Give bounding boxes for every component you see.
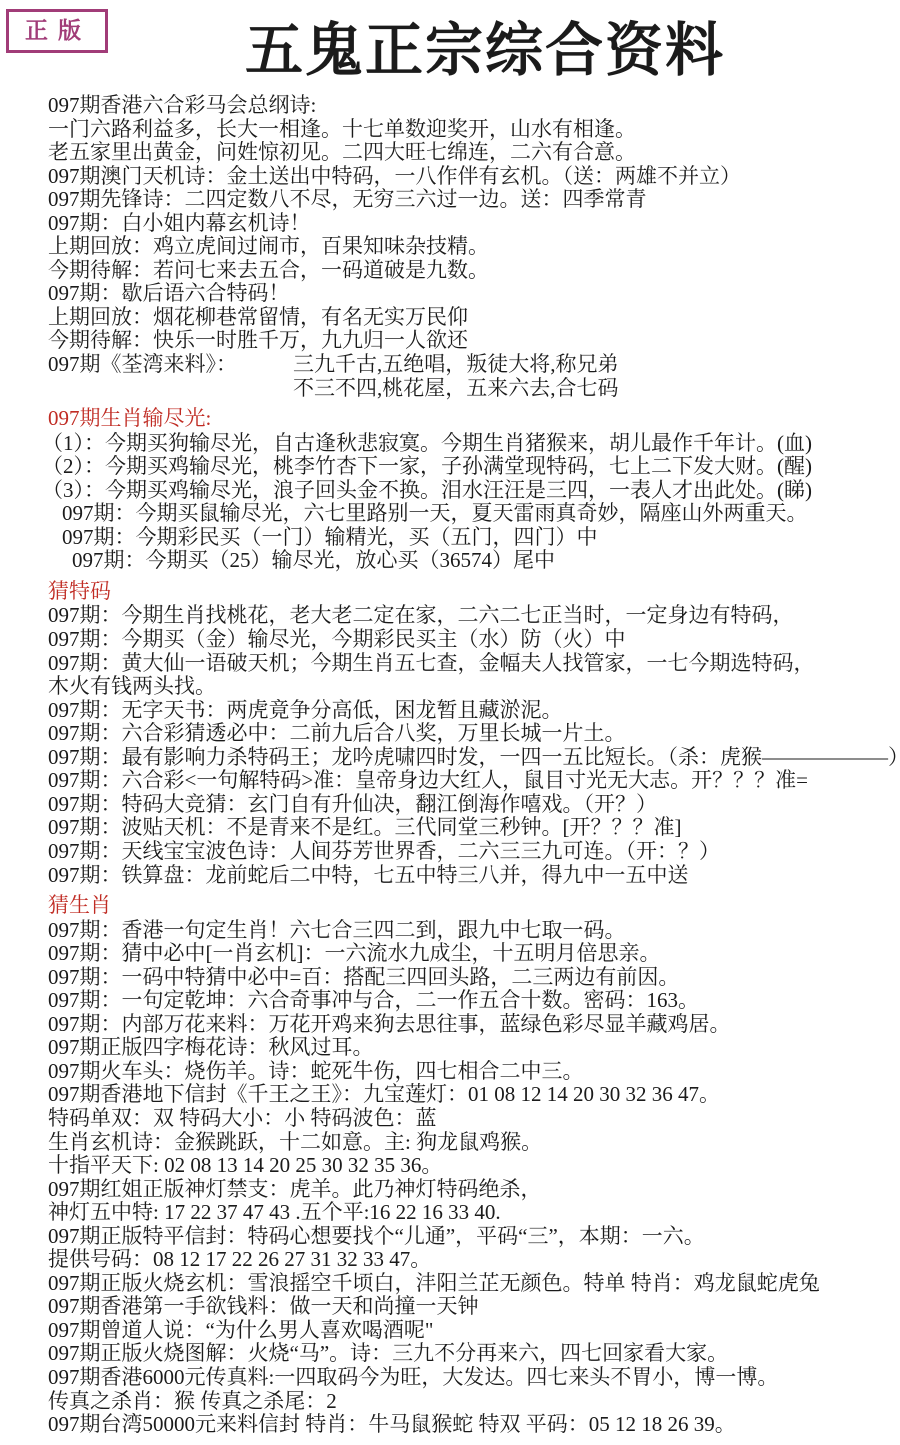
text-line: 097期香港六合彩马会总纲诗: bbox=[48, 94, 896, 118]
text-line: 097期：白小姐内幕玄机诗！ bbox=[48, 212, 896, 236]
text-line: 提供号码：08 12 17 22 26 27 31 32 33 47。 bbox=[48, 1248, 896, 1272]
text-line: 特码单双：双 特码大小：小 特码波色：蓝 bbox=[48, 1107, 896, 1131]
text-line: 097期：特码大竞猜：玄门自有升仙决，翻江倒海作嘻戏。（开？） bbox=[48, 793, 896, 817]
text-line: 097期曾道人说：“为什么男人喜欢喝酒呢" bbox=[48, 1319, 896, 1343]
text-line: 097期台湾50000元来料信封 特肖：牛马鼠猴蛇 特双 平码：05 12 18… bbox=[48, 1413, 896, 1437]
text-line: 097期：无字天书：两虎竟争分高低，困龙暂且藏淤泥。 bbox=[48, 699, 896, 723]
text-line: 097期：今期生肖找桃花，老大老二定在家，二六二七正当时，一定身边有特码， bbox=[48, 604, 896, 628]
text-line: 097期：香港一句定生肖！六七合三四二到，跟九中七取一码。 bbox=[48, 919, 896, 943]
text-line: 097期正版火烧玄机：雪浪摇空千顷白，沣阳兰芷无颜色。特单 特肖：鸡龙鼠蛇虎兔 bbox=[48, 1272, 896, 1296]
text-line: 今期待解：快乐一时胜千万，九九归一人欲还 bbox=[48, 329, 896, 353]
text-line: 三九千古,五绝唱，叛徒大将,称兄弟 bbox=[293, 353, 619, 377]
text-line: 097期：六合彩猜透必中：二前九后合八奖，万里长城一片土。 bbox=[48, 722, 896, 746]
text-line: 097期香港第一手欲钱料：做一天和尚撞一天钟 bbox=[48, 1295, 896, 1319]
authentic-badge: 正版 bbox=[6, 9, 108, 53]
text-line: 木火有钱两头找。 bbox=[48, 675, 896, 699]
document-body: 097期香港六合彩马会总纲诗:一门六路利益多，长大一相逢。十七单数迎奖开，山水有… bbox=[0, 94, 900, 1437]
text-line: 097期：铁算盘：龙前蛇后二中特，七五中特三八并，得九中一五中送 bbox=[48, 864, 896, 888]
text-line: 097期：今期买（金）输尽光，今期彩民买主（水）防（火）中 bbox=[48, 628, 896, 652]
text-line: 生肖玄机诗：金猴跳跃，十二如意。主: 狗龙鼠鸡猴。 bbox=[48, 1131, 896, 1155]
text-line: （3）：今期买鸡输尽光，浪子回头金不换。泪水汪汪是三四，一表人才出此处。(睇) bbox=[42, 479, 896, 503]
text-line: 097期：歇后语六合特码！ bbox=[48, 282, 896, 306]
text-line: 老五家里出黄金，问姓惊初见。二四大旺七绵连，二六有合意。 bbox=[48, 141, 896, 165]
text-line: 097期：内部万花来料：万花开鸡来狗去思往事，蓝绿色彩尽显羊藏鸡居。 bbox=[48, 1013, 896, 1037]
text-line: （1）：今期买狗输尽光，自古逢秋悲寂寞。今期生肖猪猴来，胡儿最作千年计。(血) bbox=[42, 432, 896, 456]
text-line: 097期澳门天机诗：金土送出中特码，一八作伴有玄机。（送：两雄不并立） bbox=[48, 165, 896, 189]
text-line: 神灯五中特: 17 22 37 47 43 .五个平:16 22 16 33 4… bbox=[48, 1201, 896, 1225]
text-line: 097期：一句定乾坤：六合奇事冲与合，二一作五合十数。密码：163。 bbox=[48, 989, 896, 1013]
text-line: 097期：黄大仙一语破天机；今期生肖五七查，金幅夫人找管家，一七今期选特码， bbox=[48, 652, 896, 676]
text-line: 097期正版火烧图解：火烧“马”。诗：三九不分再来六，四七回家看大家。 bbox=[48, 1342, 896, 1366]
text-line: 097期火车头：烧伤羊。诗：蛇死牛伤，四七相合二中三。 bbox=[48, 1060, 896, 1084]
page-title: 五鬼正宗综合资料 bbox=[0, 0, 900, 86]
text-line: 097期：今期买（25）输尽光，放心买（36574）尾中 bbox=[48, 549, 896, 573]
section-header: 猜生肖 bbox=[48, 894, 896, 918]
text-line: 097期香港地下信封《千王之王》：九宝莲灯：01 08 12 14 20 30 … bbox=[48, 1083, 896, 1107]
text-line: 097期先锋诗：二四定数八不尽，无穷三六过一边。送：四季常青 bbox=[48, 188, 896, 212]
text-line: 097期：一码中特猜中必中=百：搭配三四回头路，二三两边有前因。 bbox=[48, 966, 896, 990]
text-line: 097期红姐正版神灯禁支：虎羊。此乃神灯特码绝杀， bbox=[48, 1178, 896, 1202]
text-line: 今期待解：若问七来去五合，一码道破是九数。 bbox=[48, 259, 896, 283]
text-line: 十指平天下: 02 08 13 14 20 25 30 32 35 36。 bbox=[48, 1154, 896, 1178]
text-line: 097期：波贴天机：不是青来不是红。三代同堂三秒钟。[开？？？准] bbox=[48, 816, 896, 840]
text-line: 上期回放：烟花柳巷常留情，有名无实万民仰 bbox=[48, 306, 896, 330]
text-line: （2）：今期买鸡输尽光，桃李竹杏下一家，子孙满堂现特码，七上二下发大财。(醒) bbox=[42, 455, 896, 479]
text-line: 097期正版四字梅花诗：秋风过耳。 bbox=[48, 1036, 896, 1060]
text-line: 097期：最有影响力杀特码王；龙吟虎啸四时发，一四一五比短长。（杀：虎猴————… bbox=[48, 746, 896, 770]
lottery-info-sheet: 正版 五鬼正宗综合资料 097期香港六合彩马会总纲诗:一门六路利益多，长大一相逢… bbox=[0, 0, 900, 1445]
text-line: 上期回放：鸡立虎间过闹市，百果知味杂技精。 bbox=[48, 235, 896, 259]
text-line: 097期《荃湾来料》：三九千古,五绝唱，叛徒大将,称兄弟不三不四,桃花屋，五来六… bbox=[48, 353, 896, 400]
text-line: 不三不四,桃花屋，五来六去,合七码 bbox=[293, 377, 619, 401]
section-header: 097期生肖输尽光: bbox=[48, 407, 896, 431]
section-header: 猜特码 bbox=[48, 580, 896, 604]
text-line: 一门六路利益多，长大一相逢。十七单数迎奖开，山水有相逢。 bbox=[48, 118, 896, 142]
poem-block: 三九千古,五绝唱，叛徒大将,称兄弟不三不四,桃花屋，五来六去,合七码 bbox=[293, 353, 619, 400]
text-line: 097期：猜中必中[一肖玄机]：一六流水九成尘，十五明月倍思亲。 bbox=[48, 942, 896, 966]
text-line: 097期正版特平信封：特码心想要找个“儿通”，平码“三”，本期：一六。 bbox=[48, 1225, 896, 1249]
text-line: 097期：今期彩民买（一门）输精光，买（五门，四门）中 bbox=[48, 526, 896, 550]
text-line: 097期：今期买鼠输尽光，六七里路别一天，夏天雷雨真奇妙，隔座山外两重天。 bbox=[48, 502, 896, 526]
text-line: 097期香港6000元传真料:一四取码今为旺，大发达。四七来头不胃小，博一博。 bbox=[48, 1366, 896, 1390]
text-line: 传真之杀肖：猴 传真之杀尾：2 bbox=[48, 1390, 896, 1414]
line-label: 097期《荃湾来料》： bbox=[48, 353, 237, 377]
text-line: 097期：天线宝宝波色诗：人间芬芳世界香，二六三三九可连。（开：？） bbox=[48, 840, 896, 864]
text-line: 097期：六合彩<一句解特码>准：皇帝身边大红人，鼠目寸光无大志。开？？？准= bbox=[48, 769, 896, 793]
